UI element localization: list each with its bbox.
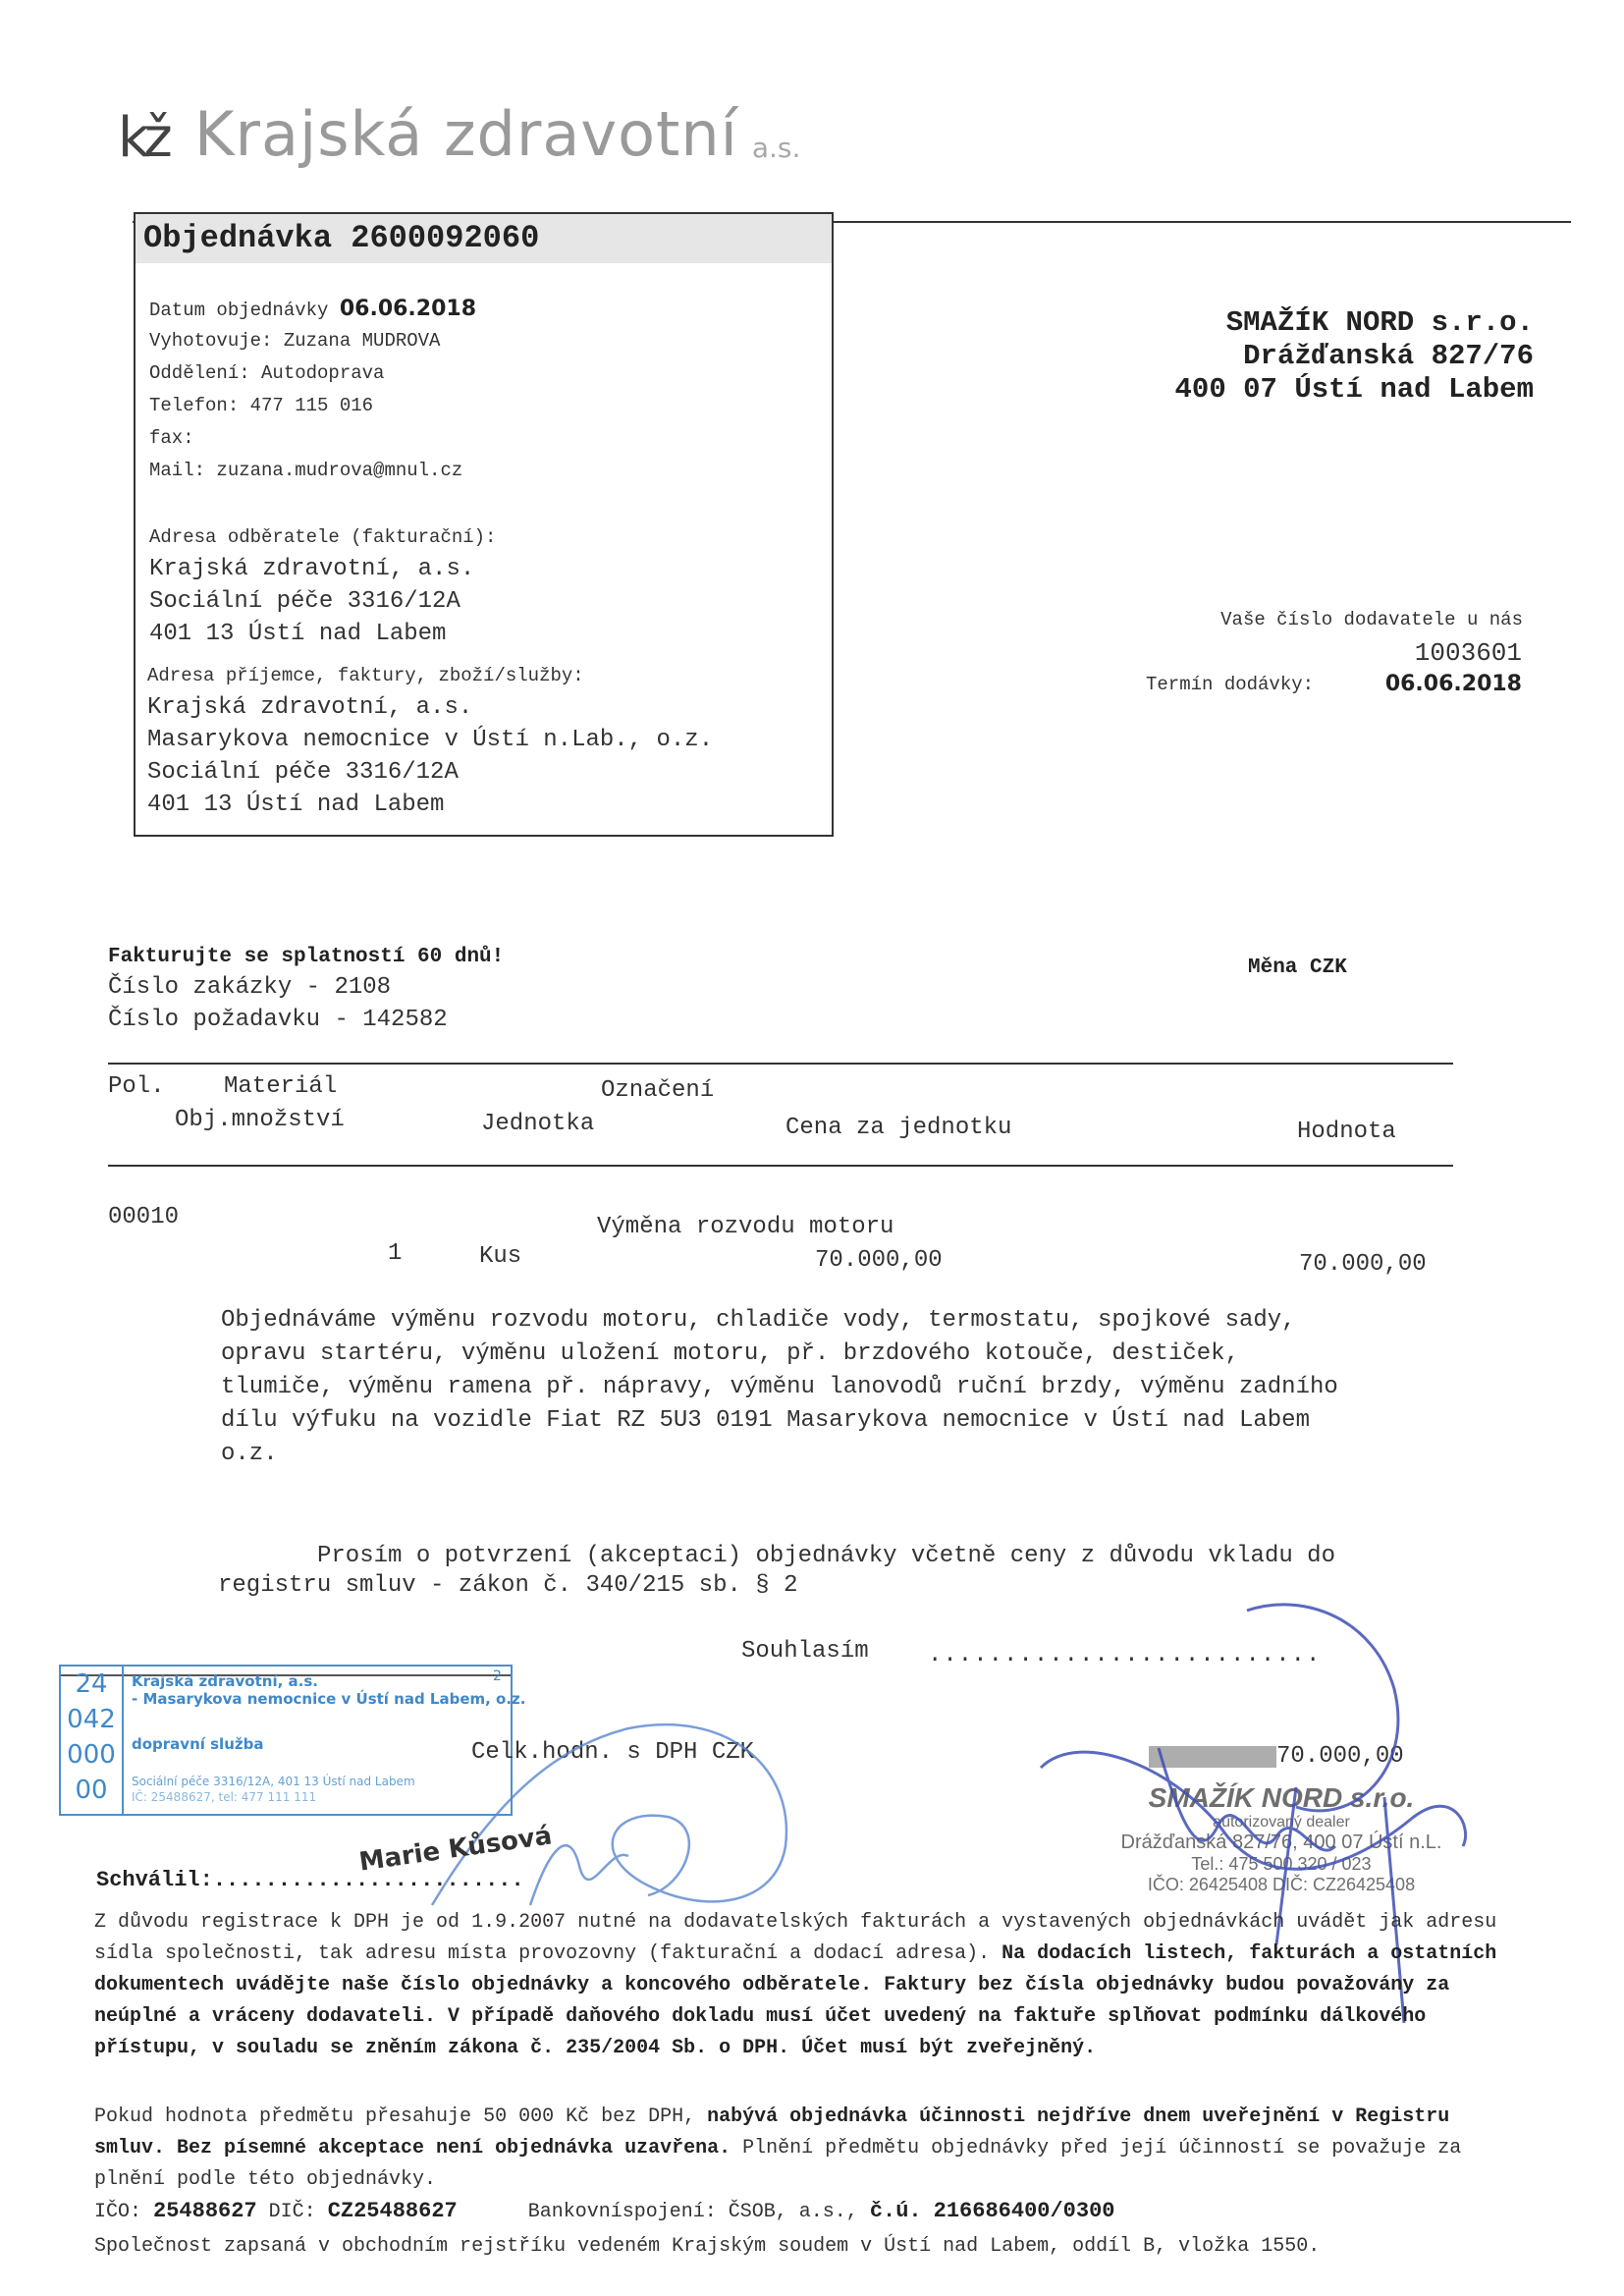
ico-value: 25488627	[153, 2199, 257, 2223]
ico-label: IČO:	[94, 2201, 141, 2223]
footer-registry-text: Pokud hodnota předmětu přesahuje 50 000 …	[94, 2105, 695, 2128]
approved-by: Schválil:........................	[96, 1868, 524, 1892]
approved-label: Schválil:	[96, 1868, 213, 1892]
account-number: 216686400/0300	[934, 2199, 1115, 2223]
dic-label: DIČ:	[269, 2201, 316, 2223]
footer-court-registry: Společnost zapsaná v obchodním rejstříku…	[94, 2231, 1320, 2263]
account-label: č.ú.	[870, 2199, 922, 2223]
footer-company-ids: IČO: 25488627 DIČ: CZ25488627 Bankovnísp…	[94, 2196, 1115, 2228]
bank-label: Bankovníspojení: ČSOB, a.s.,	[528, 2201, 858, 2223]
footer-registry-notice: Pokud hodnota předmětu přesahuje 50 000 …	[94, 2102, 1528, 2196]
dic-value: CZ25488627	[328, 2199, 458, 2223]
approved-signature-line[interactable]: ........................	[213, 1868, 524, 1892]
footer-vat-notice: Z důvodu registrace k DPH je od 1.9.2007…	[94, 1907, 1528, 2064]
